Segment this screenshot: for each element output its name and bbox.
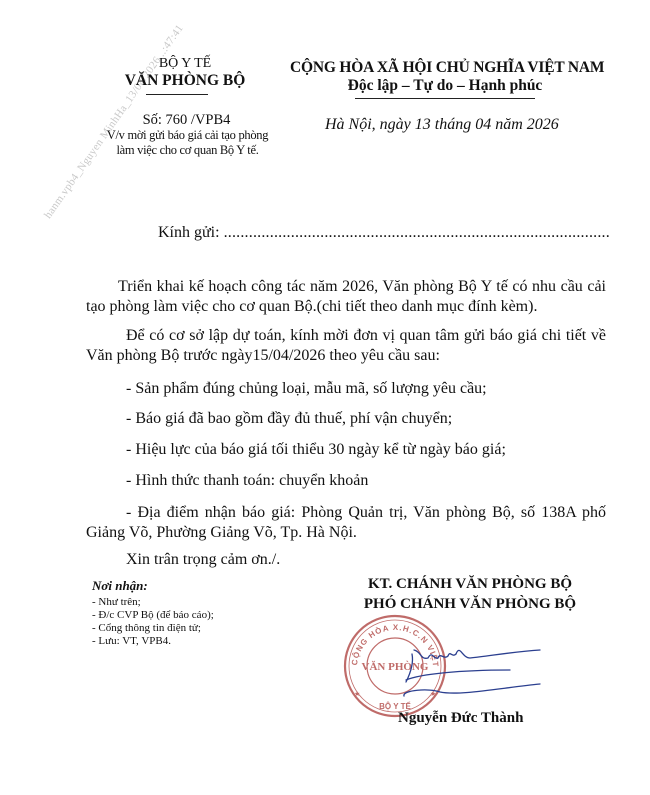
distribution-item: - Đ/c CVP Bộ (để báo cáo); bbox=[92, 609, 214, 621]
parent-organization: BỘ Y TẾ bbox=[90, 56, 280, 72]
distribution-item: - Lưu: VT, VPB4. bbox=[92, 635, 171, 647]
document-subject: V/v mời gửi báo giá cải tạo phòng làm vi… bbox=[80, 128, 295, 158]
body-paragraph-2: Để có cơ sở lập dự toán, kính mời đơn vị… bbox=[86, 326, 606, 366]
closing-remark: Xin trân trọng cảm ơn./. bbox=[126, 551, 280, 569]
body-paragraph-1: Triển khai kế hoạch công tác năm 2026, V… bbox=[86, 277, 606, 317]
document-number: Số: 760 /VPB4 bbox=[84, 112, 289, 129]
requirement-item: - Báo giá đã bao gồm đầy đủ thuế, phí vậ… bbox=[126, 410, 452, 428]
document-date: Hà Nội, ngày 13 tháng 04 năm 2026 bbox=[325, 116, 625, 134]
requirement-item: - Sản phẩm đúng chủng loại, mẫu mã, số l… bbox=[126, 380, 487, 398]
subject-line-1: V/v mời gửi báo giá cải tạo phòng bbox=[80, 128, 295, 143]
issuing-organization: VĂN PHÒNG BỘ bbox=[90, 72, 280, 90]
distribution-title: Nơi nhận: bbox=[92, 578, 148, 594]
requirement-item: - Hiệu lực của báo giá tối thiểu 30 ngày… bbox=[126, 441, 506, 459]
distribution-item: - Như trên; bbox=[92, 596, 141, 608]
subject-line-2: làm việc cho cơ quan Bộ Y tế. bbox=[80, 143, 295, 158]
national-motto: Độc lập – Tự do – Hạnh phúc bbox=[290, 77, 600, 95]
requirement-item: - Địa điểm nhận báo giá: Phòng Quản trị,… bbox=[86, 503, 606, 543]
handwritten-signature-icon bbox=[400, 640, 550, 710]
org-underline-divider bbox=[146, 94, 208, 95]
signer-role-primary: KT. CHÁNH VĂN PHÒNG BỘ bbox=[340, 576, 600, 593]
recipient-placeholder-dots: ........................................… bbox=[224, 224, 610, 241]
requirement-item: - Hình thức thanh toán: chuyển khoản bbox=[126, 472, 368, 490]
signer-name: Nguyễn Đức Thành bbox=[398, 710, 523, 727]
national-title: CỘNG HÒA XÃ HỘI CHỦ NGHĨA VIỆT NAM bbox=[290, 59, 600, 77]
svg-text:★: ★ bbox=[354, 690, 360, 698]
distribution-item: - Cổng thông tin điện tử; bbox=[92, 622, 201, 634]
recipient-label: Kính gửi: bbox=[158, 224, 220, 241]
motto-underline-divider bbox=[355, 98, 535, 99]
recipient-line: Kính gửi: ..............................… bbox=[158, 224, 610, 242]
